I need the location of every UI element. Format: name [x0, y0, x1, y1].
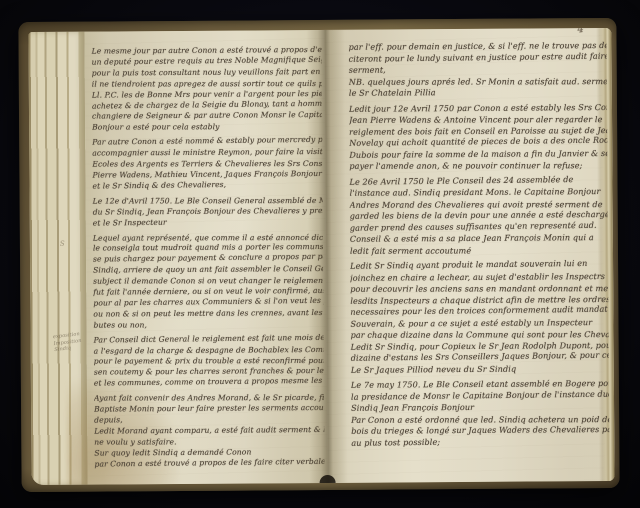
manuscript-line: ne voulu y satisfaire. — [94, 437, 324, 449]
manuscript-line: et le Sr Inspecteur — [93, 215, 323, 229]
manuscript-line: Le 12e d'Avril 1750. Le Ble Conseil Gene… — [93, 196, 323, 208]
manuscript-line: Andres Morand des Chevalieres qui avoit … — [350, 199, 608, 211]
manuscript-line: Conseil & a esté mis a sa place Jean Fra… — [350, 232, 608, 245]
manuscript-line: l'instance aud. Sindiq presidant Mons. l… — [350, 186, 608, 199]
manuscript-line: Sindiq Jean François Bonjour — [351, 401, 609, 414]
manuscript-line: Lequel ayant représenté, que comme il a … — [93, 232, 323, 244]
manuscript-line: il ne tiendroient pas apregez de aussi s… — [92, 79, 322, 91]
manuscript-line: Ayant fait convenir des Andres Morand, &… — [94, 393, 324, 405]
manuscript-line: changiere de Seigneur & par autre Conon … — [92, 110, 322, 123]
manuscript-line: Bonjour a esté pour cela estably — [92, 122, 322, 134]
folio-number: 4 — [576, 28, 584, 36]
manuscript-line: Par Conon a esté ordonné que led. Sindiq… — [351, 414, 609, 426]
manuscript-line: Le Sr Jaques Pilliod neveu du Sr Sindiq — [351, 362, 609, 375]
manuscript-line: Le 26e Avril 1750 le Ple Conseil des 24 … — [349, 173, 607, 188]
manuscript-line: ledit fait serment accoutumé — [350, 245, 608, 257]
manuscript-line: au plus tost possible; — [351, 434, 609, 449]
manuscript-line: Par Conseil dict General le reiglement e… — [94, 332, 324, 346]
manuscript-line: joinchez en chaire a lechear, au sujet d… — [350, 270, 608, 283]
gutter-notch — [320, 475, 336, 485]
manuscript-line: la presidance de Monsr le Capitaine Bonj… — [351, 388, 609, 403]
manuscript-line: Dubois pour faire la somme de la maison … — [349, 147, 607, 160]
left-page-edges — [28, 32, 87, 485]
left-page: expositionImpositionSindiq Le mesme jour… — [84, 30, 327, 485]
manuscript-line: Jean Pierre Wadens & Antoine Vincent pou… — [349, 114, 607, 126]
open-pages: SBm expositionImpositionSindiq Le mesme … — [28, 28, 614, 485]
manuscript-line — [351, 375, 609, 380]
manuscript-line: subject il demande Conon si on veut chan… — [93, 276, 323, 288]
manuscript-line: Sindiq, arriere de quoy un ant fait asse… — [93, 264, 323, 277]
manuscript-line: par Conon a esté trouvé a propos de les … — [94, 456, 324, 470]
right-page-text: par l'eff. pour demain en justice, & si … — [349, 40, 610, 464]
left-page-text: Le mesme jour par autre Conon a esté tro… — [92, 45, 325, 473]
manuscript-book: SBm expositionImpositionSindiq Le mesme … — [18, 18, 619, 492]
manuscript-line: butes ou non, — [93, 320, 323, 332]
manuscript-line: payer l'amende anon, & ne pouvoir contin… — [349, 160, 607, 172]
manuscript-line: garder prend des causes suffisantes qu'e… — [350, 219, 608, 234]
manuscript-line: Ecoles des Argents es Terriers & Chevali… — [92, 159, 322, 171]
photo-background: SBm expositionImpositionSindiq Le mesme … — [0, 0, 640, 508]
manuscript-line: pour decouvrir les anciens sans en manda… — [350, 283, 608, 295]
manuscript-line: citeront pour le lundy suivant en justic… — [349, 50, 607, 65]
manuscript-line: Ledit jour 12e Avril 1750 par Conon a es… — [349, 101, 607, 114]
manuscript-line: pour le payement & prix du trouble a est… — [94, 356, 324, 368]
manuscript-line: pour la puis tost consultant nous luy ve… — [92, 67, 322, 80]
manuscript-line: Ledit Morand ayant comparu, a esté fait … — [94, 425, 324, 438]
manuscript-line: ou non & si on peut les mettre dans les … — [93, 308, 323, 321]
manuscript-line: Souverain, & pour a ce sujet a esté esta… — [350, 316, 608, 329]
manuscript-line: NB. quelques jours aprés led. Sr Monin a… — [349, 76, 607, 88]
manuscript-line: serment, — [349, 63, 607, 76]
manuscript-line: accompagnier aussi le ministre Reymon, p… — [92, 147, 322, 160]
right-page: 4 par l'eff. pour demain en justice, & s… — [324, 28, 614, 483]
margin-note: expositionImpositionSindiq — [53, 329, 99, 353]
manuscript-line: achetez & de chargez de la Seigie du Blo… — [92, 98, 322, 112]
manuscript-line: par chaque dizaine dans la Commune qui s… — [351, 329, 609, 341]
